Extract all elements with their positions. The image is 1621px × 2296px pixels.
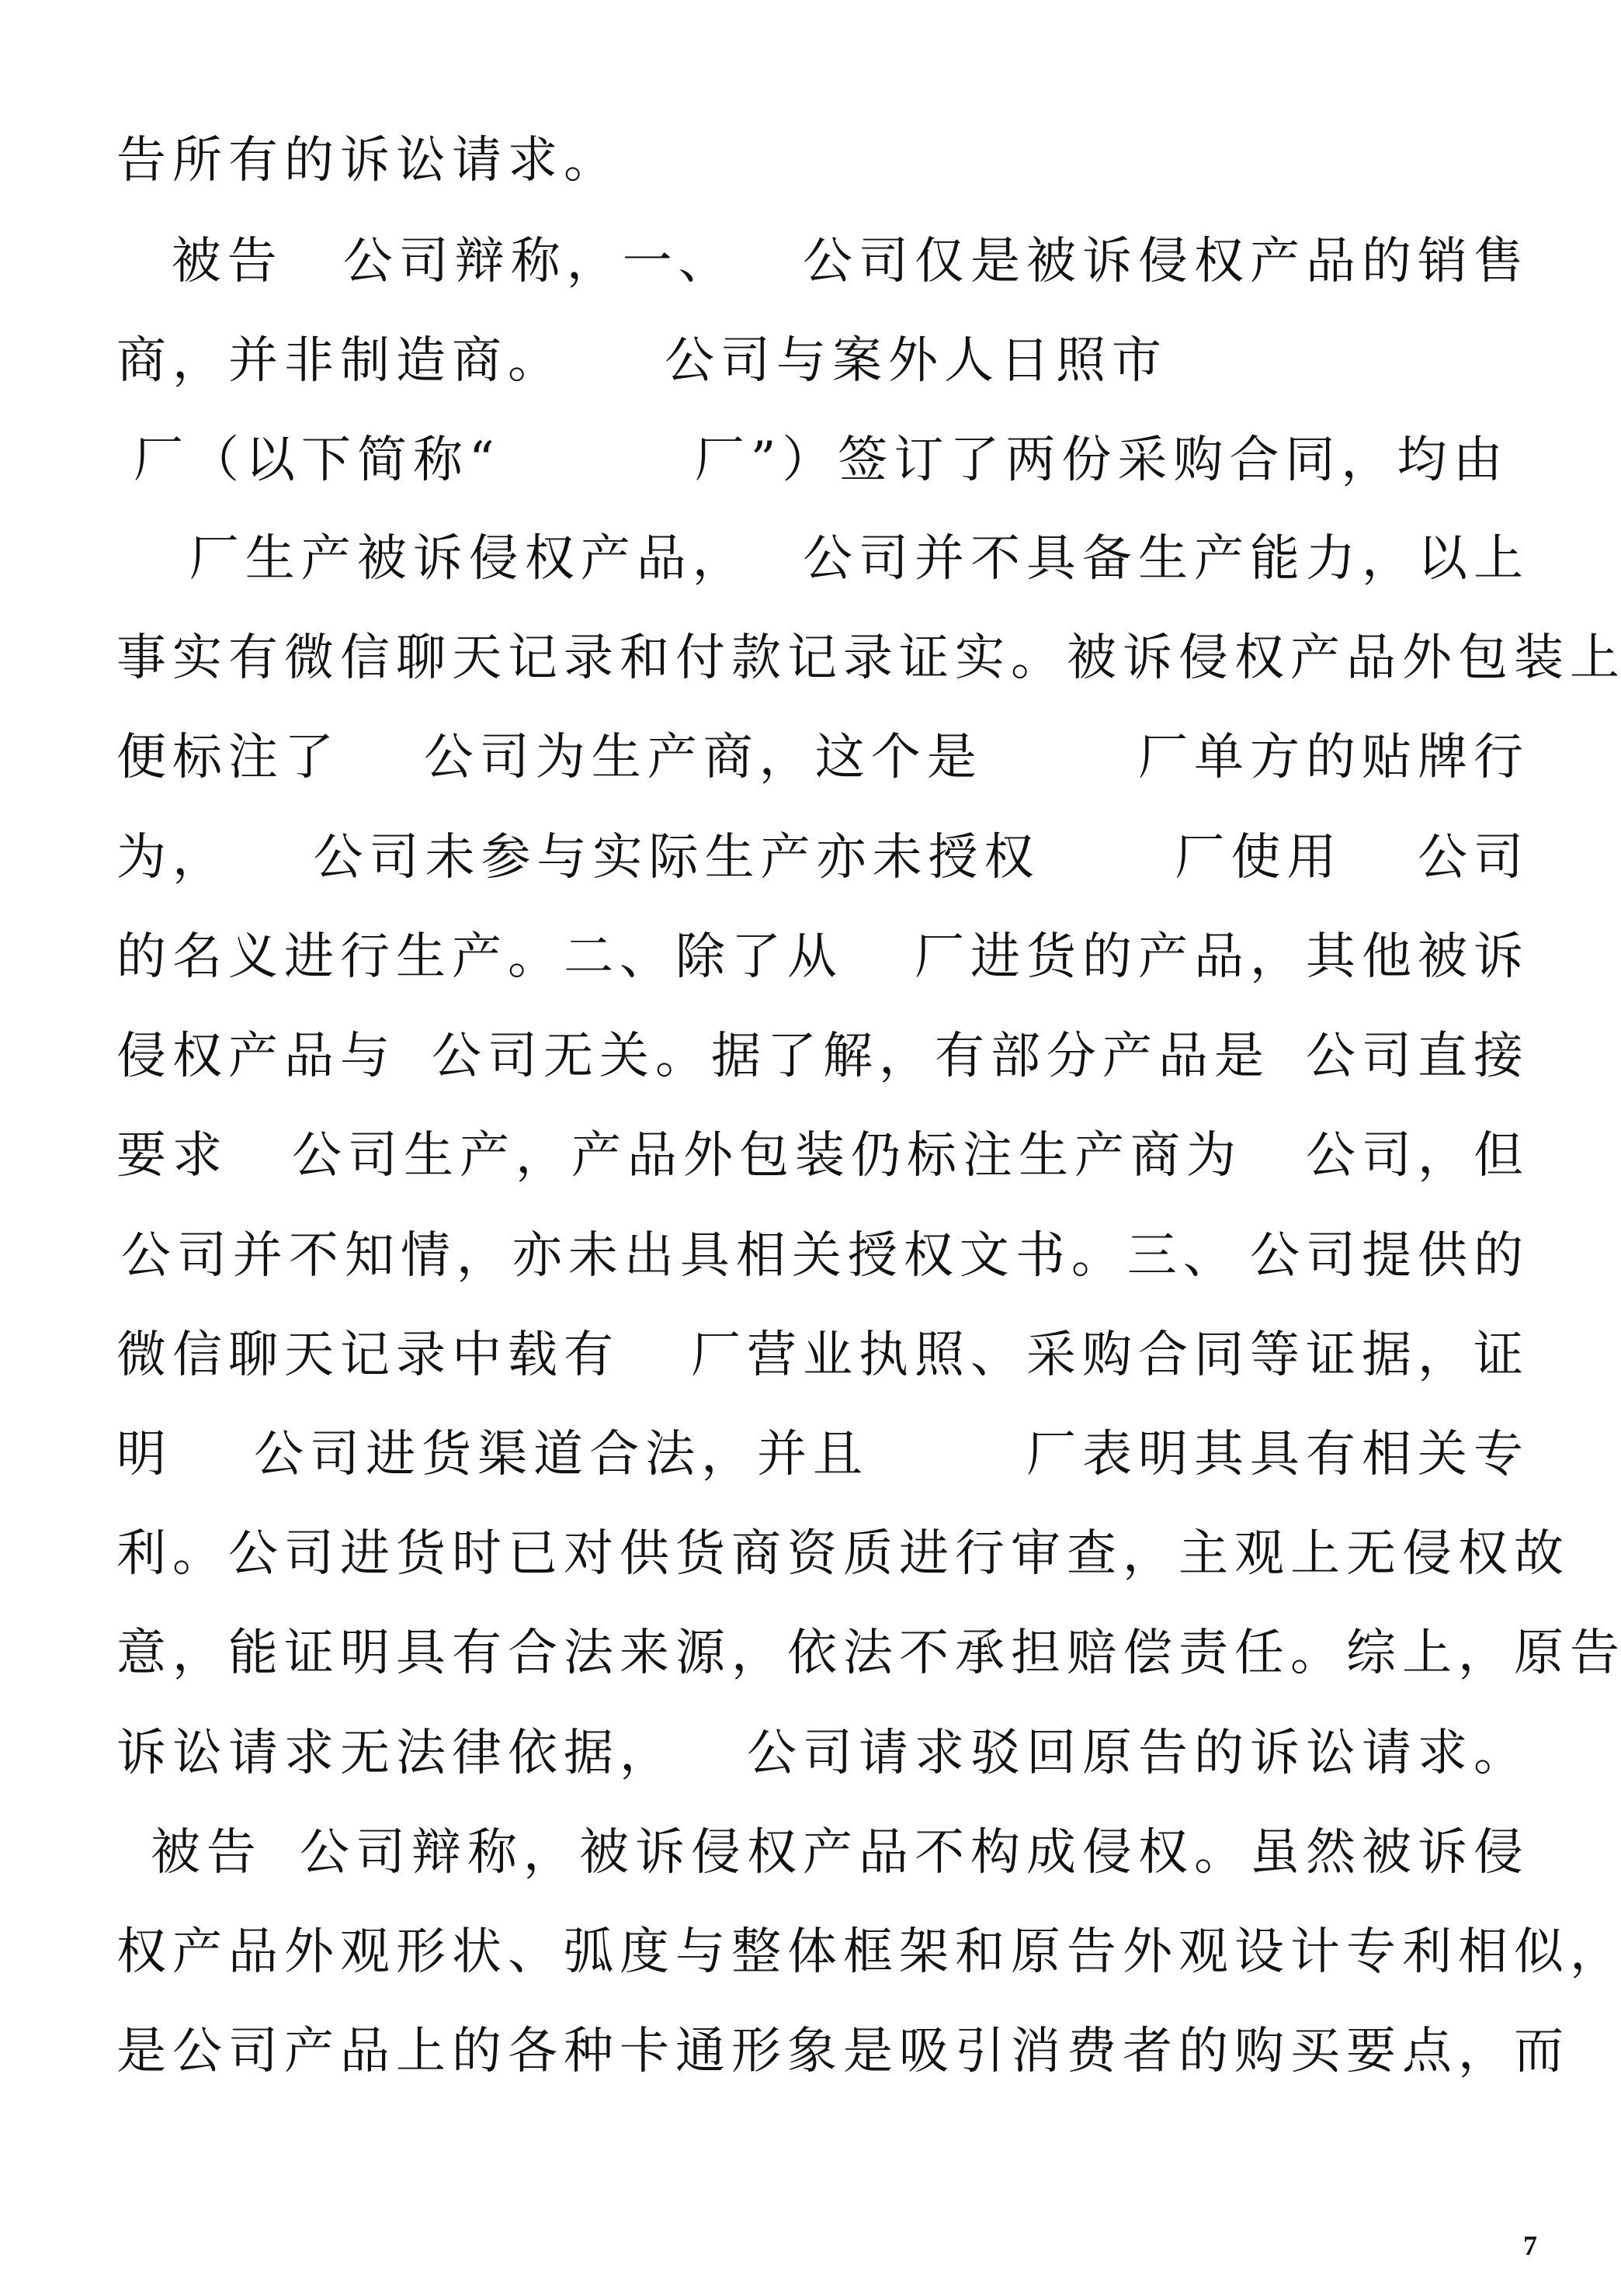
text-segment: 厂生产被诉侵权产品， (189, 516, 748, 602)
redacted-name-gap (983, 754, 1138, 761)
text-line: 是公司产品上的各种卡通形象是吸引消费者的购买要点，而 (116, 2009, 1529, 2094)
text-line: 利。公司进货时已对供货商资质进行审查，主观上无侵权故 (116, 1511, 1529, 1597)
text-line: 商，并非制造商。公司与案外人日照市 (116, 318, 1529, 404)
text-segment: 公司请求驳回原告的诉讼请求。 (747, 1711, 1529, 1796)
text-segment: 公司未参与实际生产亦未授权 (313, 815, 1040, 900)
page-number: 7 (1523, 2229, 1537, 2262)
text-line: 诉讼请求无法律依据，公司请求驳回原告的诉讼请求。 (116, 1711, 1529, 1796)
text-line: 侵权产品与公司无关。据了解，有部分产品是公司直接 (116, 1014, 1529, 1099)
redacted-name-gap (262, 1849, 300, 1857)
text-segment: 公司提供的 (1250, 1213, 1529, 1299)
text-segment: 厂单方的贴牌行 (1138, 715, 1529, 800)
text-line: 意，能证明具有合法来源，依法不承担赔偿责任。综上，原告的 (116, 1611, 1529, 1696)
text-segment: 厂表明其具有相关专 (1026, 1412, 1529, 1497)
redacted-name-gap (228, 854, 313, 862)
text-segment: 事实有微信聊天记录和付款记录证实。被诉侵权产品外包装上随 (116, 616, 1621, 701)
text-line: 告所有的诉讼请求。 (116, 118, 1529, 203)
redacted-name-gap (283, 258, 343, 265)
text-segment: 厂进货的产品，其他被诉 (915, 914, 1529, 1000)
paragraph-indent (116, 456, 134, 464)
text-segment: 公司仅是被诉侵权产品的销售 (803, 219, 1529, 304)
text-segment: 便标注了 (116, 715, 340, 800)
redacted-name-gap (1242, 1152, 1306, 1160)
text-segment: 公司与案外人日照市 (665, 318, 1168, 404)
text-segment: 公司辩称，一、 (343, 219, 734, 304)
text-line: 事实有微信聊天记录和付款记录证实。被诉侵权产品外包装上随 (116, 616, 1529, 701)
text-segment: 为， (116, 815, 228, 900)
text-segment: 意，能证明具有合法来源，依法不承担赔偿责任。综上，原告的 (116, 1611, 1621, 1696)
text-segment: 公司并不具备生产能力，以上 (803, 516, 1529, 602)
text-line: 厂（以下简称“厂”）签订了两份采购合同，均由 (116, 418, 1529, 503)
text-line: 为，公司未参与实际生产亦未授权厂使用公司 (116, 815, 1529, 900)
text-segment: 利。 (116, 1511, 228, 1597)
text-line: 被告公司辩称，一、公司仅是被诉侵权产品的销售 (116, 219, 1529, 304)
text-segment: 公司 (1418, 815, 1529, 900)
text-segment: 告所有的诉讼请求。 (116, 118, 620, 203)
text-segment: 是 (116, 2009, 172, 2094)
text-segment: 要求 (116, 1113, 228, 1198)
redacted-name-gap (734, 258, 803, 265)
text-segment: 厂使用 (1175, 815, 1342, 900)
redacted-name-gap (869, 1451, 1026, 1458)
redacted-name-gap (843, 953, 915, 961)
redacted-name-gap (501, 456, 695, 464)
text-line: 明公司进货渠道合法，并且厂表明其具有相关专 (116, 1412, 1529, 1497)
text-line: 的名义进行生产。二、除了从厂进货的产品，其他被诉 (116, 914, 1529, 1000)
text-segment: 公司并不知情，亦未出具相关授权文书。三、 (121, 1213, 1239, 1299)
text-segment: 公司进货渠道合法，并且 (254, 1412, 869, 1497)
text-segment: 的名义进行生产。二、除了从 (116, 914, 843, 1000)
text-line: 要求公司生产，产品外包装仍标注生产商为公司，但 (116, 1113, 1529, 1198)
text-line: 公司并不知情，亦未出具相关授权文书。三、公司提供的 (116, 1213, 1529, 1299)
redacted-name-gap (172, 1451, 254, 1458)
paragraph-indent (116, 1849, 151, 1857)
text-segment: 被告 (172, 219, 283, 304)
text-segment: 明 (116, 1412, 172, 1497)
text-line: 被告公司辩称，被诉侵权产品不构成侵权。虽然被诉侵 (116, 1810, 1529, 1895)
text-segment: 微信聊天记录中载有 (116, 1313, 620, 1398)
document-page: 告所有的诉讼请求。被告公司辩称，一、公司仅是被诉侵权产品的销售商，并非制造商。公… (0, 0, 1621, 2296)
text-segment: 厂（以下简称“ (134, 418, 501, 503)
text-segment: 公司，但 (1306, 1113, 1529, 1198)
text-segment: 商，并非制造商。 (116, 318, 564, 404)
redacted-name-gap (396, 1053, 432, 1060)
text-segment: 公司辩称，被诉侵权产品不构成侵权。虽然被诉侵 (300, 1810, 1529, 1895)
text-segment: 厂”）签订了两份采购合同，均由 (695, 418, 1509, 503)
text-segment: 公司为生产商，这个是 (424, 715, 983, 800)
text-segment: 公司直接 (1306, 1014, 1529, 1099)
text-segment: 厂营业执照、采购合同等证据，证 (691, 1313, 1529, 1398)
redacted-name-gap (675, 1750, 747, 1757)
text-segment: 诉讼请求无法律依据， (116, 1711, 675, 1796)
redacted-name-gap (340, 754, 424, 761)
text-line: 微信聊天记录中载有厂营业执照、采购合同等证据，证 (116, 1313, 1529, 1398)
text-segment: 权产品外观形状、弧度与整体框架和原告外观设计专利相似，但 (116, 1909, 1621, 1995)
redacted-name-gap (620, 1351, 691, 1359)
text-segment: 公司无关。据了解，有部分产品是 (432, 1014, 1270, 1099)
paragraph-indent (116, 555, 189, 563)
redacted-name-gap (1040, 854, 1175, 862)
text-line: 厂生产被诉侵权产品，公司并不具备生产能力，以上 (116, 516, 1529, 602)
text-segment: 公司产品上的各种卡通形象是吸引消费者的购买要点，而 (172, 2009, 1570, 2094)
redacted-name-gap (228, 1152, 292, 1160)
text-segment: 被告 (151, 1810, 262, 1895)
text-line: 便标注了公司为生产商，这个是厂单方的贴牌行 (116, 715, 1529, 800)
redacted-name-gap (564, 357, 665, 365)
paragraph-indent (116, 258, 172, 265)
redacted-name-gap (1270, 1053, 1306, 1060)
text-line: 权产品外观形状、弧度与整体框架和原告外观设计专利相似，但 (116, 1909, 1529, 1995)
text-segment: 公司进货时已对供货商资质进行审查，主观上无侵权故 (228, 1511, 1570, 1597)
redacted-name-gap (748, 555, 803, 563)
redacted-name-gap (1239, 1252, 1250, 1260)
redacted-name-gap (1342, 854, 1418, 862)
text-segment: 侵权产品与 (116, 1014, 396, 1099)
text-segment: 公司生产，产品外包装仍标注生产商为 (292, 1113, 1242, 1198)
